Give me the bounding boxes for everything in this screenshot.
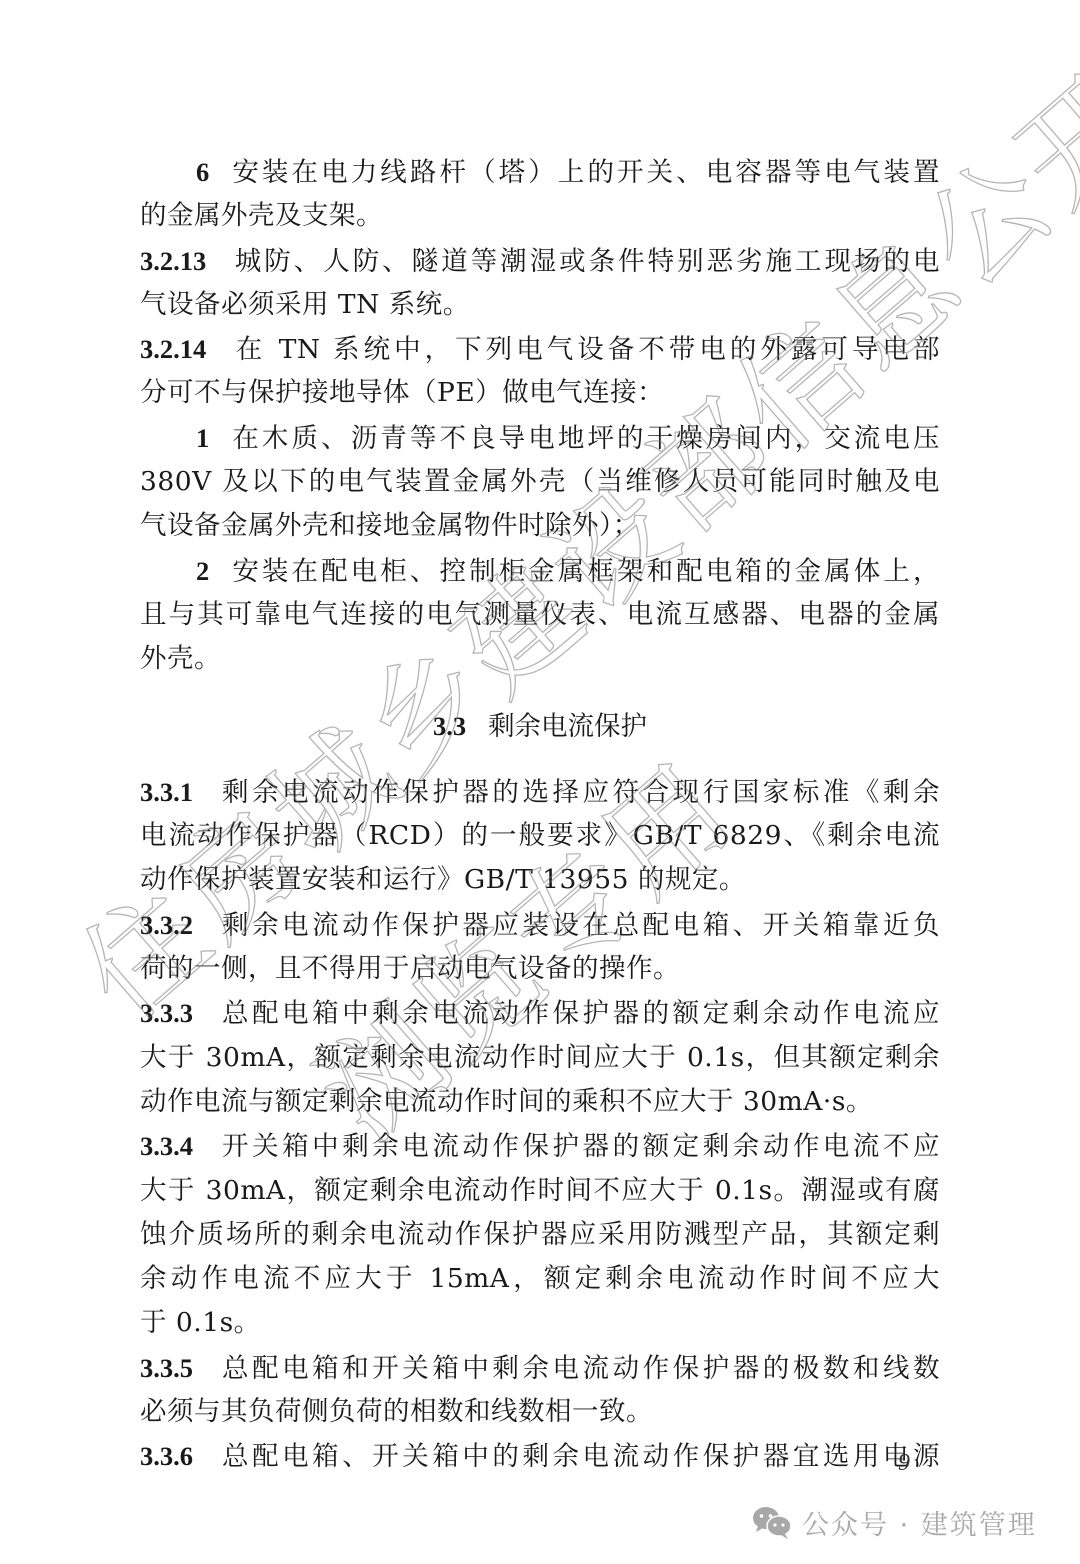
text-line: 大于 30mA，额定剩余电流动作时间应大于 0.1s，但其额定剩余 (140, 1036, 940, 1080)
text-line: 余动作电流不应大于 15mA，额定剩余电流动作时间不应大 (140, 1257, 940, 1301)
text-line: 动作电流与额定剩余电流动作时间的乘积不应大于 30mA·s。 (140, 1080, 940, 1124)
text-line: 大于 30mA，额定剩余电流动作时间不应大于 0.1s。潮湿或有腐 (140, 1169, 940, 1213)
clause-3-3-4: 3.3.4开关箱中剩余电流动作保护器的额定剩余动作电流不应 大于 30mA，额定… (140, 1124, 940, 1345)
text-line: 3.2.13城防、人防、隧道等潮湿或条件特别恶劣施工现场的电 (140, 239, 940, 283)
text-line: 3.3.6总配电箱、开关箱中的剩余电流动作保护器宜选用电源 (140, 1434, 940, 1478)
footer-brand-label: 公众号 · 建筑管理 (802, 1503, 1037, 1542)
text-line: 气设备金属外壳和接地金属物件时除外）； (140, 504, 940, 548)
clause-3-3-5: 3.3.5总配电箱和开关箱中剩余电流动作保护器的极数和线数 必须与其负荷侧负荷的… (140, 1346, 940, 1435)
clause-number: 3.3.1 (140, 777, 193, 807)
text-line: 3.2.14在 TN 系统中，下列电气设备不带电的外露可导电部 (140, 327, 940, 371)
text-line: 气设备必须采用 TN 系统。 (140, 283, 940, 327)
text-line: 的金属外壳及支架。 (140, 194, 940, 238)
text-line: 2安装在配电柜、控制柜金属框架和配电箱的金属体上， (140, 549, 940, 593)
clause-number: 3.2.13 (140, 246, 206, 276)
text-line: 于 0.1s。 (140, 1301, 940, 1345)
clause-number: 3.3.5 (140, 1353, 193, 1383)
clause-3-3-6: 3.3.6总配电箱、开关箱中的剩余电流动作保护器宜选用电源 (140, 1434, 940, 1478)
list-item-6: 6安装在电力线路杆（塔）上的开关、电容器等电气装置 的金属外壳及支架。 (140, 150, 940, 239)
text-line: 蚀介质场所的剩余电流动作保护器应采用防溅型产品，其额定剩 (140, 1213, 940, 1257)
section-title: 剩余电流保护 (488, 711, 647, 742)
section-heading: 3.3剩余电流保护 (140, 704, 940, 748)
wechat-icon (752, 1505, 792, 1539)
clause-number: 3.2.14 (140, 334, 206, 364)
item-number: 2 (196, 556, 210, 586)
page-number: 9 (898, 1450, 910, 1477)
clause-3-3-3: 3.3.3总配电箱中剩余电流动作保护器的额定剩余动作电流应 大于 30mA，额定… (140, 991, 940, 1124)
text-line: 3.3.4开关箱中剩余电流动作保护器的额定剩余动作电流不应 (140, 1124, 940, 1168)
list-item-2: 2安装在配电柜、控制柜金属框架和配电箱的金属体上， 且与其可靠电气连接的电气测量… (140, 549, 940, 682)
text-line: 外壳。 (140, 637, 940, 681)
clause-3-2-14: 3.2.14在 TN 系统中，下列电气设备不带电的外露可导电部 分可不与保护接地… (140, 327, 940, 416)
text-line: 电流动作保护器（RCD）的一般要求》GB/T 6829、《剩余电流 (140, 814, 940, 858)
text-line: 3.3.3总配电箱中剩余电流动作保护器的额定剩余动作电流应 (140, 991, 940, 1035)
clause-3-2-13: 3.2.13城防、人防、隧道等潮湿或条件特别恶劣施工现场的电 气设备必须采用 T… (140, 239, 940, 328)
list-item-1: 1在木质、沥青等不良导电地坪的干燥房间内，交流电压 380V 及以下的电气装置金… (140, 416, 940, 549)
clause-number: 3.3.6 (140, 1441, 193, 1471)
clause-3-3-2: 3.3.2剩余电流动作保护器应装设在总配电箱、开关箱靠近负 荷的一侧，且不得用于… (140, 903, 940, 992)
clause-number: 3.3.4 (140, 1131, 193, 1161)
text-line: 必须与其负荷侧负荷的相数和线数相一致。 (140, 1390, 940, 1434)
text-line: 分可不与保护接地导体（PE）做电气连接： (140, 371, 940, 415)
text-line: 3.3.2剩余电流动作保护器应装设在总配电箱、开关箱靠近负 (140, 903, 940, 947)
clause-3-3-1: 3.3.1剩余电流动作保护器的选择应符合现行国家标准《剩余 电流动作保护器（RC… (140, 770, 940, 903)
item-number: 6 (196, 157, 210, 187)
text-line: 荷的一侧，且不得用于启动电气设备的操作。 (140, 947, 940, 991)
clause-number: 3.3.2 (140, 910, 193, 940)
text-line: 3.3.5总配电箱和开关箱中剩余电流动作保护器的极数和线数 (140, 1346, 940, 1390)
text-line: 380V 及以下的电气装置金属外壳（当维修人员可能同时触及电 (140, 460, 940, 504)
section-number: 3.3 (433, 711, 466, 741)
footer-brand: 公众号 · 建筑管理 (752, 1502, 1037, 1542)
text-line: 动作保护装置安装和运行》GB/T 13955 的规定。 (140, 858, 940, 902)
text-line: 1在木质、沥青等不良导电地坪的干燥房间内，交流电压 (140, 416, 940, 460)
text-line: 6安装在电力线路杆（塔）上的开关、电容器等电气装置 (140, 150, 940, 194)
document-page: 6安装在电力线路杆（塔）上的开关、电容器等电气装置 的金属外壳及支架。 3.2.… (140, 150, 940, 1479)
clause-number: 3.3.3 (140, 998, 193, 1028)
text-line: 且与其可靠电气连接的电气测量仪表、电流互感器、电器的金属 (140, 593, 940, 637)
text-line: 3.3.1剩余电流动作保护器的选择应符合现行国家标准《剩余 (140, 770, 940, 814)
item-number: 1 (196, 423, 210, 453)
